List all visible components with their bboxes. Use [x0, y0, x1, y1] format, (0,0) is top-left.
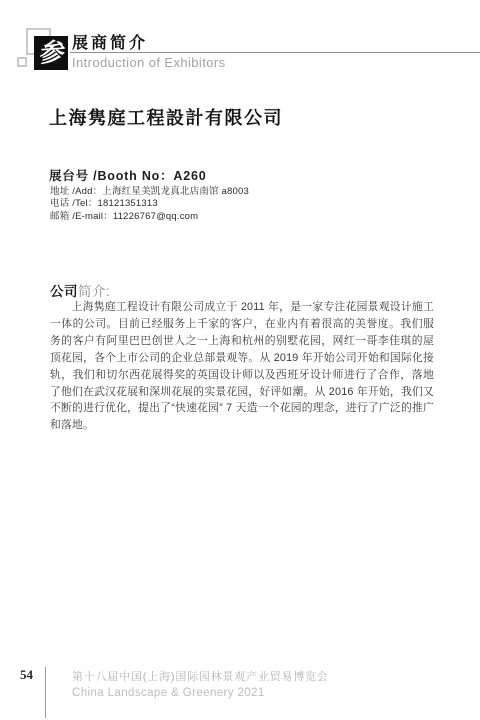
footer-event-block: 第十八届中国(上海)国际园林景观产业贸易博览会 China Landscape … — [72, 670, 329, 701]
header-divider — [70, 52, 480, 53]
contact-phone-value: 18121351313 — [98, 198, 158, 209]
profile-label-bold: 公司 — [50, 284, 78, 299]
profile-label-light: 简介: — [78, 284, 110, 299]
contact-address-label: 地址 /Add： — [50, 186, 102, 197]
footer-divider — [45, 667, 46, 718]
contact-phone: 电话 /Tel：18121351313 — [50, 198, 249, 210]
company-profile-text: 上海隽庭工程设计有限公司成立于 2011 年，是一家专注花园景观设计施工一体的公… — [50, 299, 434, 434]
section-title-en: Introduction of Exhibitors — [72, 55, 225, 70]
booth-number-label: 展台号 /Booth No： — [49, 169, 173, 183]
contact-address-value: 上海红星美凯龙真北店南馆 a8003 — [102, 186, 249, 197]
contact-block: 地址 /Add：上海红星美凯龙真北店南馆 a8003 电话 /Tel：18121… — [50, 186, 249, 223]
section-number-emblem: 参 — [34, 36, 68, 70]
company-name: 上海隽庭工程設計有限公司 — [49, 104, 283, 130]
section-title-zh: 展商简介 — [72, 30, 148, 53]
profile-section-label: 公司简介: — [50, 280, 110, 300]
footer-event-name-en: China Landscape & Greenery 2021 — [72, 686, 329, 702]
emblem-small-square — [17, 57, 27, 67]
contact-email-label: 邮箱 /E-mail： — [50, 211, 113, 222]
booth-number-line: 展台号 /Booth No：A260 — [49, 166, 206, 184]
catalog-page: 参 展商简介 Introduction of Exhibitors 上海隽庭工程… — [0, 0, 480, 720]
contact-email: 邮箱 /E-mail：11226767@qq.com — [50, 211, 249, 223]
contact-phone-label: 电话 /Tel： — [50, 198, 98, 209]
contact-address: 地址 /Add：上海红星美凯龙真北店南馆 a8003 — [50, 186, 249, 198]
page-number: 54 — [20, 667, 33, 683]
footer-event-name-zh: 第十八届中国(上海)国际园林景观产业贸易博览会 — [72, 670, 329, 686]
contact-email-value: 11226767@qq.com — [113, 211, 198, 222]
section-number-character: 参 — [38, 40, 65, 67]
booth-number-value: A260 — [173, 169, 206, 183]
